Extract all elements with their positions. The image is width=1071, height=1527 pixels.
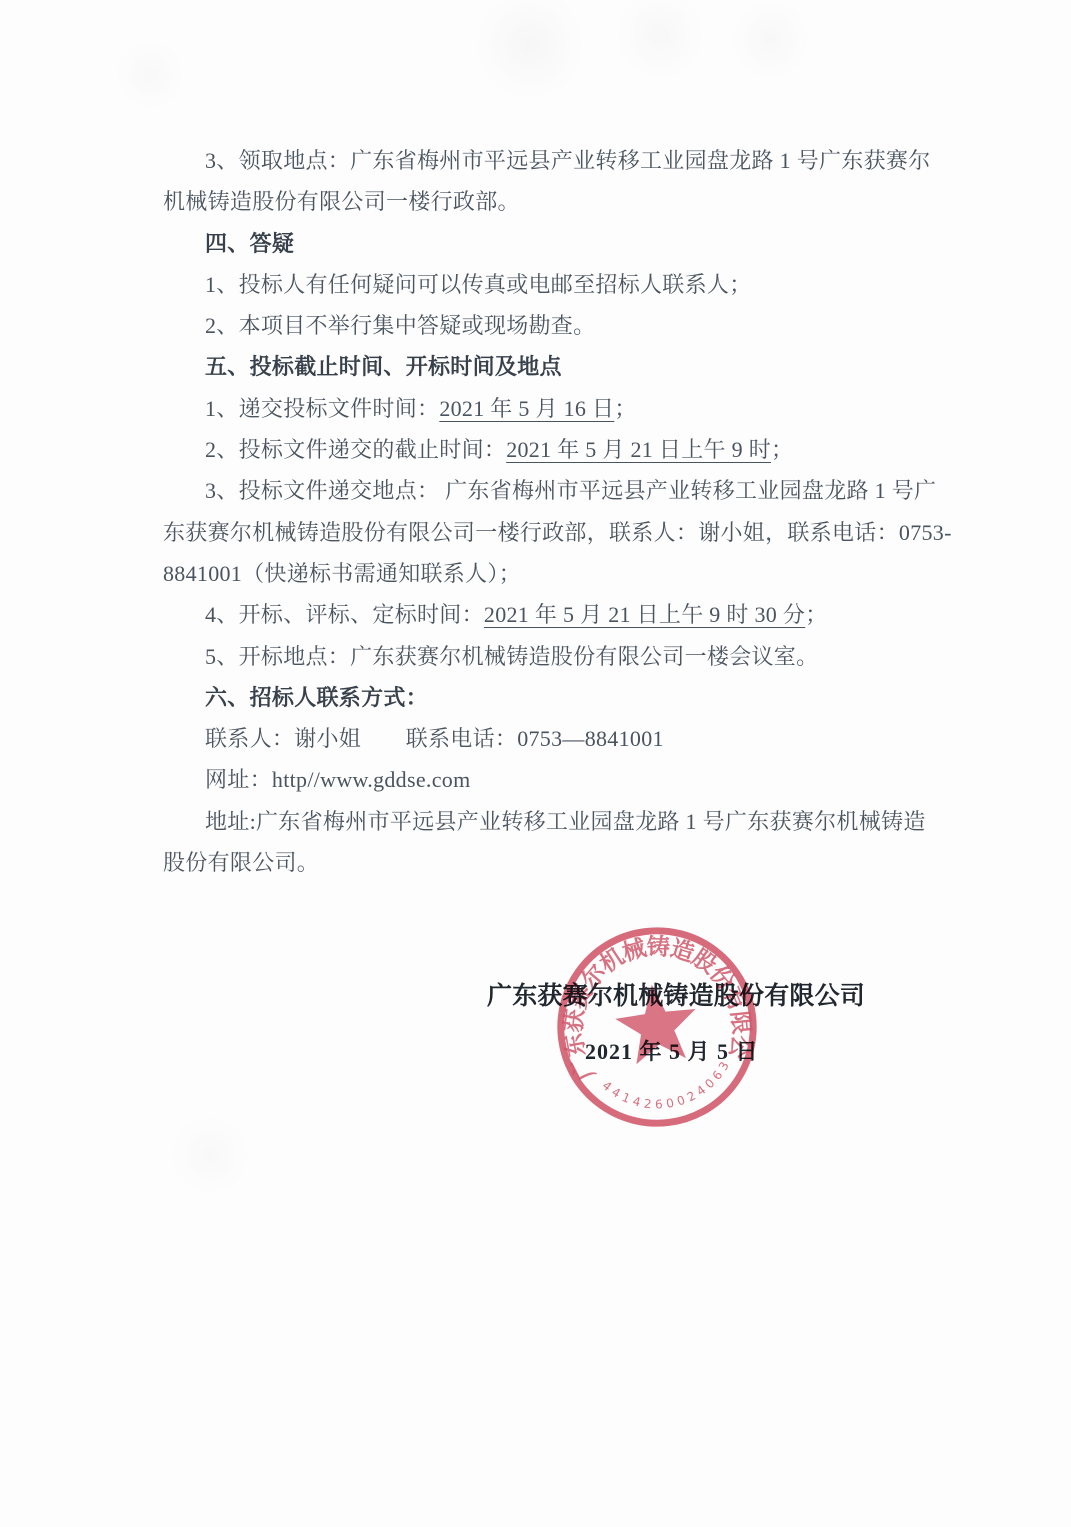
address-line2: 股份有限公司。 <box>163 842 915 883</box>
heading-section5-text: 五、投标截止时间、开标时间及地点 <box>205 354 562 379</box>
bid-deadline-label: 2、投标文件递交的截止时间： <box>205 437 506 462</box>
bid-submission-date-underlined: 2021 年 5 月 16 日 <box>439 396 614 421</box>
delivery-location-text3: 8841001（快递标书需通知联系人）； <box>163 561 521 586</box>
qa-item2: 2、本项目不举行集中答疑或现场勘查。 <box>163 305 915 346</box>
delivery-location-text1: 3、投标文件递交地点： 广东省梅州市平远县产业转移工业园盘龙路 1 号广 <box>205 478 936 503</box>
delivery-location-line2: 东获赛尔机械铸造股份有限公司一楼行政部，联系人：谢小姐，联系电话：0753- <box>163 512 915 553</box>
address-line1: 地址:广东省梅州市平远县产业转移工业园盘龙路 1 号广东获赛尔机械铸造 <box>163 801 915 842</box>
seal-code: 4414260024063 <box>597 1054 738 1118</box>
website-text: 网址：http//www.gddse.com <box>205 767 471 792</box>
bid-opening-time-label: 4、开标、评标、定标时间： <box>205 602 484 627</box>
address-text2: 股份有限公司。 <box>163 850 319 875</box>
heading-section6-text: 六、招标人联系方式： <box>205 685 428 710</box>
heading-section4-qa: 四、答疑 <box>163 223 915 264</box>
bid-opening-place-text: 5、开标地点：广东获赛尔机械铸造股份有限公司一楼会议室。 <box>205 644 818 669</box>
delivery-location-line3: 8841001（快递标书需通知联系人）； <box>163 553 915 594</box>
qa-item1-text: 1、投标人有任何疑问可以传真或电邮至招标人联系人； <box>205 272 752 297</box>
delivery-location-line1: 3、投标文件递交地点： 广东省梅州市平远县产业转移工业园盘龙路 1 号广 <box>163 470 915 511</box>
bid-deadline-line: 2、投标文件递交的截止时间：2021 年 5 月 21 日上午 9 时； <box>163 429 915 470</box>
bid-submission-time-line: 1、递交投标文件时间：2021 年 5 月 16 日； <box>163 388 915 429</box>
pickup-location-text2: 机械铸造股份有限公司一楼行政部。 <box>163 189 520 214</box>
seal-star <box>612 980 702 1066</box>
bid-deadline-date-underlined: 2021 年 5 月 21 日上午 9 时 <box>506 437 771 462</box>
delivery-location-text2: 东获赛尔机械铸造股份有限公司一楼行政部，联系人：谢小姐，联系电话：0753- <box>163 520 952 545</box>
heading-section5-deadlines: 五、投标截止时间、开标时间及地点 <box>163 346 915 387</box>
bid-submission-time-tail: ； <box>614 396 636 421</box>
bid-opening-time-tail: ； <box>805 602 827 627</box>
heading-section4-text: 四、答疑 <box>205 231 294 256</box>
bid-deadline-tail: ； <box>771 437 793 462</box>
bid-opening-place-line: 5、开标地点：广东获赛尔机械铸造股份有限公司一楼会议室。 <box>163 636 915 677</box>
bid-submission-time-label: 1、递交投标文件时间： <box>205 396 439 421</box>
document-page: 3、领取地点：广东省梅州市平远县产业转移工业园盘龙路 1 号广东获赛尔 机械铸造… <box>0 0 1071 1527</box>
bid-opening-date-underlined: 2021 年 5 月 21 日上午 9 时 30 分 <box>484 602 805 627</box>
pickup-location-line2: 机械铸造股份有限公司一楼行政部。 <box>163 181 915 222</box>
contact-person-text: 联系人：谢小姐 联系电话：0753—8841001 <box>205 726 664 751</box>
heading-section6-contact: 六、招标人联系方式： <box>163 677 915 718</box>
qa-item2-text: 2、本项目不举行集中答疑或现场勘查。 <box>205 313 595 338</box>
company-seal: 广东获赛尔机械铸造股份有限公司 4414260024063 <box>533 903 780 1150</box>
qa-item1: 1、投标人有任何疑问可以传真或电邮至招标人联系人； <box>163 264 915 305</box>
contact-person-line: 联系人：谢小姐 联系电话：0753—8841001 <box>163 718 915 759</box>
website-line: 网址：http//www.gddse.com <box>163 759 915 800</box>
notice-body: 3、领取地点：广东省梅州市平远县产业转移工业园盘龙路 1 号广东获赛尔 机械铸造… <box>163 140 915 883</box>
pickup-location-text1: 3、领取地点：广东省梅州市平远县产业转移工业园盘龙路 1 号广东获赛尔 <box>205 148 931 173</box>
pickup-location-line1: 3、领取地点：广东省梅州市平远县产业转移工业园盘龙路 1 号广东获赛尔 <box>163 140 915 181</box>
address-text1: 地址:广东省梅州市平远县产业转移工业园盘龙路 1 号广东获赛尔机械铸造 <box>205 809 926 834</box>
bid-opening-time-line: 4、开标、评标、定标时间：2021 年 5 月 21 日上午 9 时 30 分； <box>163 594 915 635</box>
